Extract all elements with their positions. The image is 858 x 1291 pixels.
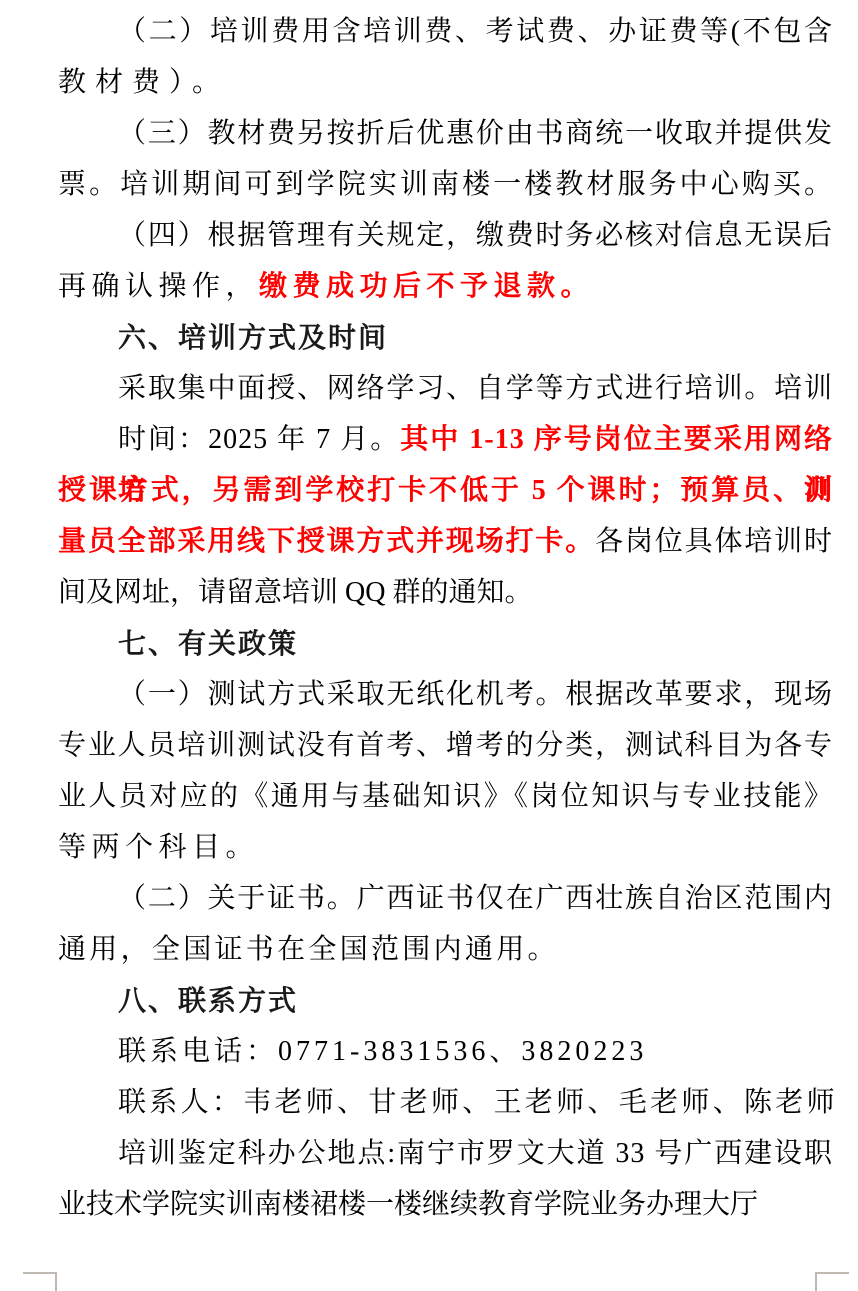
- contact-phone-line: 联系电话：0771-3831536、3820223: [58, 1026, 833, 1077]
- paragraph-line: （三）教材费另按折后优惠价由书商统一收取并提供发: [58, 108, 833, 159]
- line-text: 各岗位具体培训时: [595, 526, 833, 557]
- document-body: （二）培训费用含培训费、考试费、办证费等(不包含 教材费）。 （三）教材费另按折…: [58, 6, 833, 1230]
- line-text: 时间：2025 年 7 月。: [118, 424, 400, 455]
- paragraph-line: 票。培训期间可到学院实训南楼一楼教材服务中心购买。: [58, 159, 833, 210]
- line-text: 采取集中面授、网络学习、自学等方式进行培训。培训: [118, 373, 833, 404]
- paragraph-line: （四）根据管理有关规定，缴费时务必核对信息无误后: [58, 210, 833, 261]
- paragraph-line: 业人员对应的《通用与基础知识》《岗位知识与专业技能》: [58, 771, 833, 822]
- line-text: 票。培训期间可到学院实训南楼一楼教材服务中心购买。: [58, 169, 833, 200]
- line-text: 等两个科目。: [58, 832, 259, 863]
- line-text: （三）教材费另按折后优惠价由书商统一收取并提供发: [118, 118, 833, 149]
- paragraph-line: 通用，全国证书在全国范围内通用。: [58, 924, 833, 975]
- contact-names-text: 联系人：韦老师、甘老师、王老师、毛老师、陈老师: [118, 1087, 838, 1118]
- paragraph-line: 教材费）。: [58, 57, 833, 108]
- page-margin-mark-bottom-right: [815, 1272, 849, 1291]
- paragraph-line: （二）关于证书。广西证书仅在广西壮族自治区范围内: [58, 873, 833, 924]
- emphasis-text-offline-training: 量员全部采用线下授课方式并现场打卡。: [58, 526, 595, 557]
- emphasis-text-no-refund: 缴费成功后不予退款。: [259, 271, 594, 302]
- section-heading-training-method: 六、培训方式及时间: [58, 312, 833, 363]
- paragraph-line: 间及网址，请留意培训 QQ 群的通知。: [58, 567, 833, 618]
- line-text: 通用，全国证书在全国范围内通用。: [58, 934, 559, 965]
- phone-numbers-text: 联系电话：0771-3831536、3820223: [118, 1036, 647, 1067]
- line-text: 专业人员培训测试没有首考、增考的分类，测试科目为各专: [58, 730, 833, 761]
- paragraph-line: 再确认操作，缴费成功后不予退款。: [58, 261, 833, 312]
- paragraph-line: 时间：2025 年 7 月。其中 1-13 序号岗位主要采用网络培训: [58, 414, 833, 465]
- line-text: 教材费）。: [58, 67, 229, 98]
- paragraph-line: 专业人员培训测试没有首考、增考的分类，测试科目为各专: [58, 720, 833, 771]
- line-text: （二）培训费用含培训费、考试费、办证费等(不包含: [118, 16, 833, 47]
- paragraph-line: （二）培训费用含培训费、考试费、办证费等(不包含: [58, 6, 833, 57]
- line-text: 业人员对应的《通用与基础知识》《岗位知识与专业技能》: [58, 781, 833, 812]
- line-text: （四）根据管理有关规定，缴费时务必核对信息无误后: [118, 220, 833, 251]
- document-page: （二）培训费用含培训费、考试费、办证费等(不包含 教材费）。 （三）教材费另按折…: [0, 0, 858, 1291]
- emphasis-text-checkin-requirement: 授课方式，另需到学校打卡不低于 5 个课时；预算员、测: [58, 475, 833, 506]
- paragraph-line: 采取集中面授、网络学习、自学等方式进行培训。培训: [58, 363, 833, 414]
- line-text: 再确认操作，: [58, 271, 259, 302]
- paragraph-line: 等两个科目。: [58, 822, 833, 873]
- heading-text: 六、培训方式及时间: [118, 322, 388, 353]
- page-margin-mark-bottom-left: [23, 1272, 57, 1291]
- section-heading-contact: 八、联系方式: [58, 975, 833, 1026]
- section-heading-policies: 七、有关政策: [58, 618, 833, 669]
- heading-text: 八、联系方式: [118, 985, 298, 1016]
- office-address-line: 业技术学院实训南楼裙楼一楼继续教育学院业务办理大厅: [58, 1179, 833, 1230]
- office-address-line: 培训鉴定科办公地点:南宁市罗文大道 33 号广西建设职: [58, 1128, 833, 1179]
- contact-persons-line: 联系人：韦老师、甘老师、王老师、毛老师、陈老师: [58, 1077, 833, 1128]
- line-text: 培训鉴定科办公地点:南宁市罗文大道 33 号广西建设职: [118, 1138, 833, 1169]
- paragraph-line: 授课方式，另需到学校打卡不低于 5 个课时；预算员、测: [58, 465, 833, 516]
- line-text: （一）测试方式采取无纸化机考。根据改革要求，现场: [118, 679, 833, 710]
- line-text: 业技术学院实训南楼裙楼一楼继续教育学院业务办理大厅: [58, 1189, 758, 1220]
- paragraph-line: 量员全部采用线下授课方式并现场打卡。各岗位具体培训时: [58, 516, 833, 567]
- line-text: （二）关于证书。广西证书仅在广西壮族自治区范围内: [118, 883, 833, 914]
- line-text: 间及网址，请留意培训 QQ 群的通知。: [58, 577, 532, 608]
- paragraph-line: （一）测试方式采取无纸化机考。根据改革要求，现场: [58, 669, 833, 720]
- heading-text: 七、有关政策: [118, 628, 298, 659]
